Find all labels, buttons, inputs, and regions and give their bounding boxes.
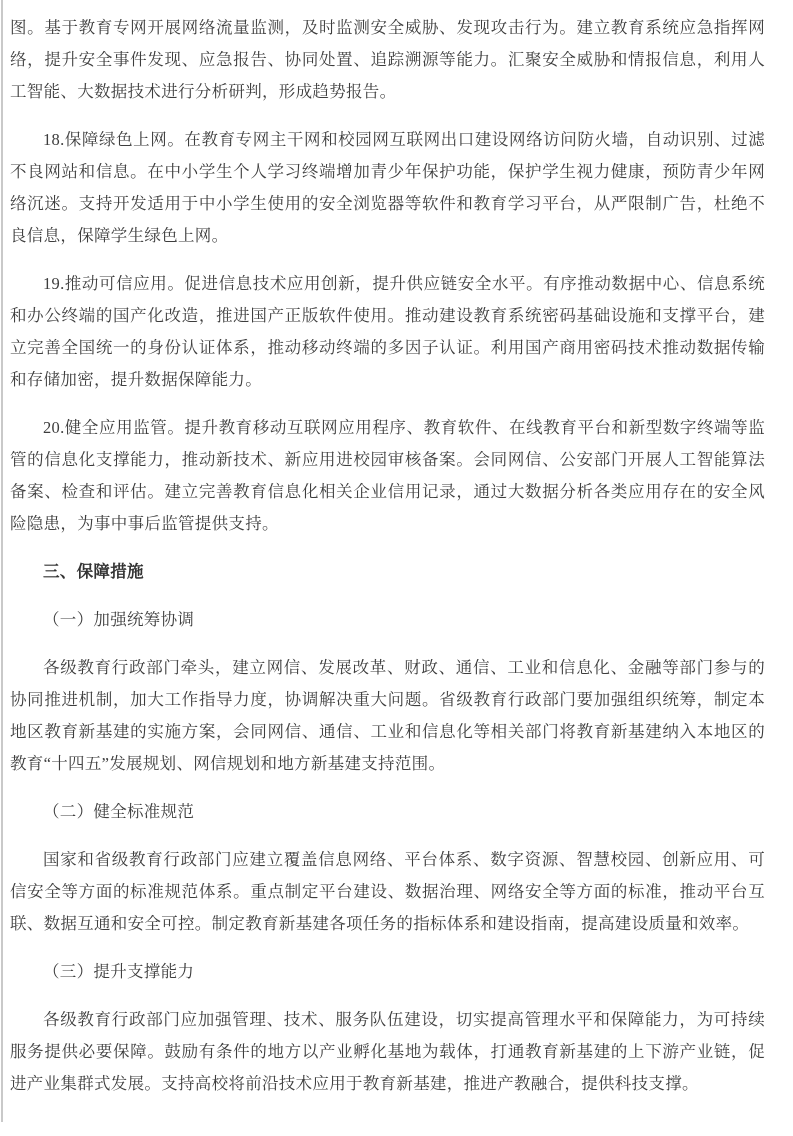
paragraph-coordination: 各级教育行政部门牵头，建立网信、发展改革、财政、通信、工业和信息化、金融等部门参… [10,652,765,780]
subsection-heading-2: （二）健全标准规范 [10,796,765,828]
page-left-border [1,0,3,1122]
paragraph-support-capacity: 各级教育行政部门应加强管理、技术、服务队伍建设，切实提高管理水平和保障能力，为可… [10,1004,765,1100]
section-heading-safeguard-measures: 三、保障措施 [10,556,765,588]
paragraph-item-19: 19.推动可信应用。促进信息技术应用创新，提升供应链安全水平。有序推动数据中心、… [10,268,765,396]
subsection-heading-3: （三）提升支撑能力 [10,956,765,988]
subsection-heading-1: （一）加强统筹协调 [10,604,765,636]
paragraph-continuation: 图。基于教育专网开展网络流量监测，及时监测安全威胁、发现攻击行为。建立教育系统应… [10,12,765,108]
paragraph-item-20: 20.健全应用监管。提升教育移动互联网应用程序、教育软件、在线教育平台和新型数字… [10,412,765,540]
document-page: 图。基于教育专网开展网络流量监测，及时监测安全威胁、发现攻击行为。建立教育系统应… [0,0,793,1136]
paragraph-item-18: 18.保障绿色上网。在教育专网主干网和校园网互联网出口建设网络访问防火墙，自动识… [10,124,765,252]
paragraph-standards: 国家和省级教育行政部门应建立覆盖信息网络、平台体系、数字资源、智慧校园、创新应用… [10,844,765,940]
